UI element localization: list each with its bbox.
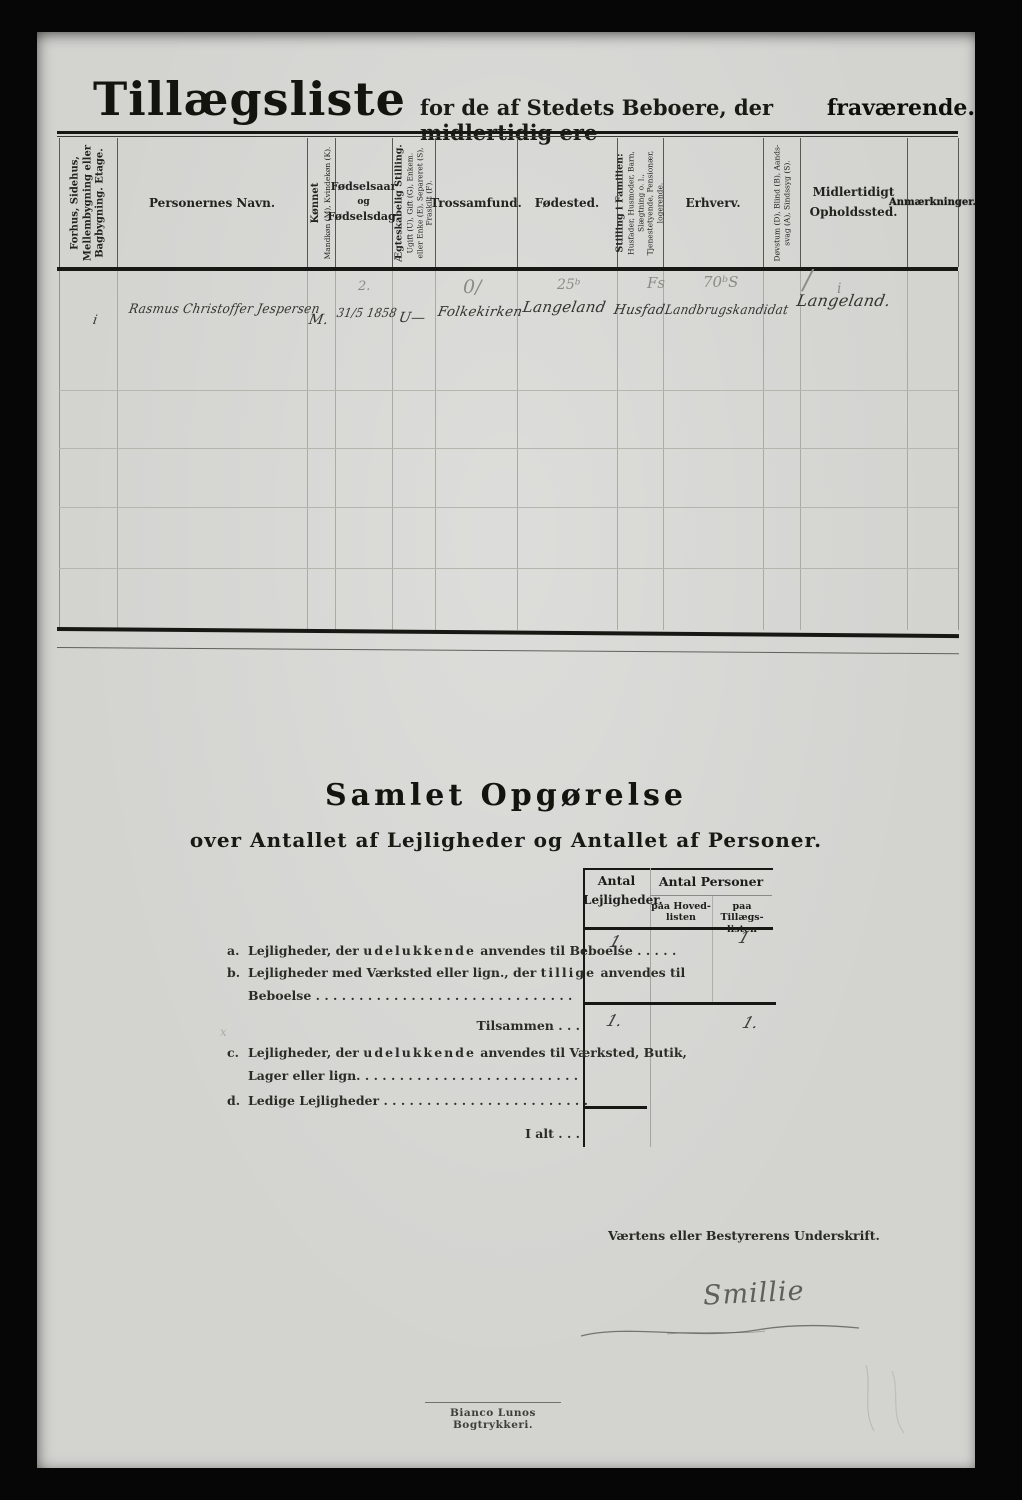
pencil-mark-trossamfund: 0/	[463, 276, 482, 298]
entry-trossamfund: Folkekirken	[437, 304, 524, 320]
summary-header-antal: Antal	[583, 873, 650, 888]
body-column-line	[517, 271, 518, 630]
page-title: Tillægsliste for de af Stedets Beboere, …	[93, 72, 975, 145]
col-header-anmaerkninger: Anmærkninger.	[907, 138, 958, 267]
stray-pencil-marks	[852, 1357, 924, 1441]
body-row-line	[59, 390, 958, 391]
summary-row-c-label: Lejligheder, der udelukkende anvendes ti…	[248, 1045, 687, 1060]
title-rule-thin	[57, 136, 958, 137]
body-column-line	[907, 271, 908, 630]
pencil-i-ophold: i	[837, 281, 841, 297]
value-tilsammen-lejligheder: 1.	[604, 1011, 625, 1030]
pencil-x-mark: x	[220, 1025, 227, 1039]
col-header-bygning: Forhus, Sidehus, Mellembygning eller Bag…	[59, 138, 117, 267]
body-column-line	[335, 271, 336, 630]
summary-rule-tilsammen	[583, 1002, 776, 1005]
signature-label: Værtens eller Bestyrerens Underskrift.	[608, 1228, 880, 1243]
pencil-slash-ophold: /	[803, 265, 812, 296]
col-header-erhverv: Erhverv.	[663, 138, 763, 267]
col-header-helbred: Døvstum (D), Blind (B), Aands- svag (A),…	[763, 138, 800, 267]
body-column-line	[800, 271, 801, 630]
body-column-line	[663, 271, 664, 630]
header-rule	[57, 267, 958, 271]
col-header-koen: Kønnet Mandkøn (M), Kvindekøn (K).	[307, 138, 335, 267]
pencil-mark-date: 2.	[358, 279, 370, 294]
summary-rule-under-personer	[650, 895, 772, 896]
pencil-mark-foedested: 25ᵇ	[557, 277, 580, 293]
signature-flourish	[577, 1304, 867, 1348]
pencil-mark-stilling: Fs	[647, 274, 665, 292]
body-column-line	[392, 271, 393, 630]
summary-row-a-prefix: a.	[227, 943, 239, 958]
table-bottom-rule-thin	[57, 647, 959, 654]
entry-koen: M.	[308, 312, 330, 328]
body-row-line	[59, 507, 958, 508]
col-header-foedt: Fødselsaar og Fødselsdag.	[335, 138, 392, 267]
summary-row-b-label2: Beboelse . . . . . . . . . . . . . . . .…	[248, 988, 572, 1003]
body-column-line	[617, 271, 618, 630]
title-rule-thick	[57, 131, 958, 134]
body-column-line	[435, 271, 436, 630]
entry-foedt: 31/5 1858	[336, 305, 399, 320]
body-column-line	[117, 271, 118, 630]
pencil-mark-erhverv: 70ᵇS	[703, 273, 738, 291]
col-header-trossamfund: Trossamfund.	[435, 138, 517, 267]
printer-imprint: Bianco Lunos Bogtrykkeri.	[417, 1407, 569, 1431]
col-header-navn: Personernes Navn.	[117, 138, 307, 267]
col-header-aegteskab: Ægteskabelig Stilling. Ugift (U), Gift (…	[392, 138, 435, 267]
summary-row-tilsammen: Tilsammen . . .	[417, 1018, 580, 1033]
body-border-right	[958, 271, 959, 630]
footer-rule	[425, 1402, 561, 1403]
summary-header-lejligheder: Lejligheder.	[583, 893, 650, 907]
entry-navn: Rasmus Christoffer Jespersen	[128, 302, 321, 317]
summary-row-b-prefix: b.	[227, 965, 240, 980]
summary-row-d-label: Ledige Lejligheder . . . . . . . . . . .…	[248, 1093, 588, 1108]
body-border-left	[59, 271, 60, 630]
entry-erhverv: Landbrugskandidat	[664, 303, 790, 318]
summary-header-antal-personer: Antal Personer	[650, 874, 772, 889]
summary-row-b-label: Lejligheder med Værksted eller lign., de…	[248, 965, 685, 980]
entry-bygning: i	[92, 313, 99, 328]
body-column-line	[763, 271, 764, 630]
summary-header-hovedlisten: paa Hoved- listen	[650, 901, 712, 924]
summary-rule-top	[583, 868, 773, 870]
summary-row-c-prefix: c.	[227, 1045, 239, 1060]
summary-row-d-prefix: d.	[227, 1093, 240, 1108]
document-page: Tillægsliste for de af Stedets Beboere, …	[37, 32, 975, 1468]
body-row-line	[59, 448, 958, 449]
title-suffix-bold: fraværende.	[827, 95, 975, 121]
title-main: Tillægsliste	[93, 72, 406, 126]
entry-stilling: Husfad.	[613, 302, 671, 318]
col-header-foedested: Fødested.	[517, 138, 617, 267]
body-row-line	[59, 568, 958, 569]
value-tilsammen-tillaegslisten: 1.	[740, 1013, 761, 1032]
summary-rule-ialt	[583, 1106, 647, 1109]
summary-subtitle: over Antallet af Lejligheder og Antallet…	[37, 828, 975, 852]
entry-foedested: Langeland	[521, 298, 607, 316]
entry-aegteskab: U—	[398, 310, 427, 326]
summary-row-c-label2: Lager eller lign. . . . . . . . . . . . …	[248, 1068, 578, 1083]
scanned-census-sheet: Tillægsliste for de af Stedets Beboere, …	[0, 0, 1022, 1500]
col-header-stilling: Stilling i Familien: Husfader, Husmoder,…	[617, 138, 663, 267]
summary-row-ialt: I alt . . .	[457, 1126, 580, 1141]
table-bottom-rule-thick	[57, 627, 959, 638]
summary-title: Samlet Opgørelse	[37, 778, 975, 813]
